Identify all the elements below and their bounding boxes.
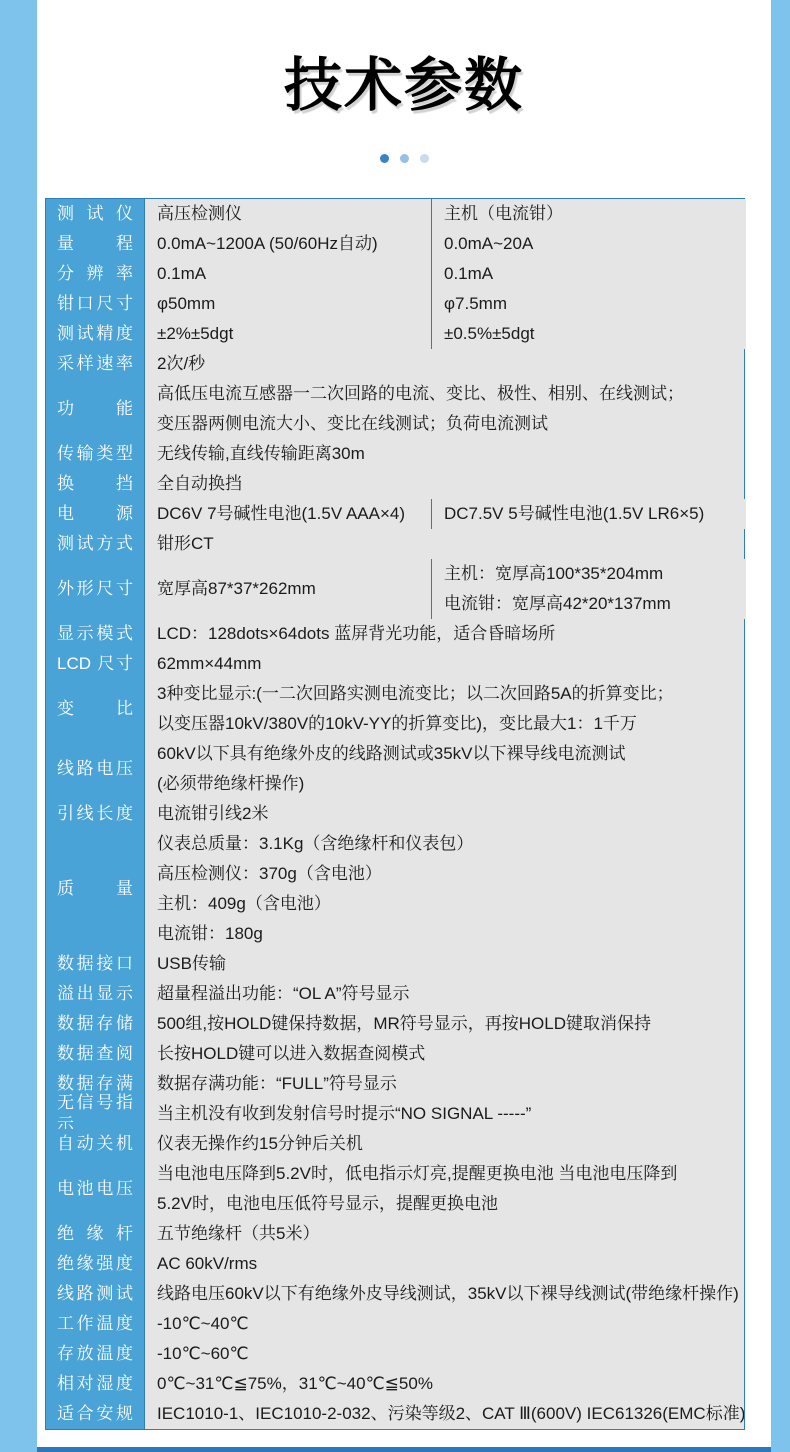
spec-value: 无线传输,直线传输距离30m: [144, 439, 744, 469]
spec-value-line: 0.0mA~1200A (50/60Hz自动): [157, 229, 419, 259]
spec-label-text: 溢出显示: [57, 983, 133, 1005]
spec-row: 溢出显示超量程溢出功能：“OL A”符号显示: [46, 979, 744, 1009]
spec-value-line: 无线传输,直线传输距离30m: [157, 439, 732, 469]
spec-value-line: 数据存满功能：“FULL”符号显示: [157, 1069, 732, 1099]
spec-label-text: 电池电压: [57, 1178, 133, 1200]
spec-value: DC7.5V 5号碱性电池(1.5V LR6×5): [431, 499, 746, 529]
spec-value-line: 电流钳引线2米: [157, 799, 732, 829]
spec-label: 变比: [46, 679, 144, 739]
spec-value-line: 高低压电流互感器一二次回路的电流、变比、极性、相别、在线测试；: [157, 379, 732, 409]
spec-value: 主机：宽厚高100*35*204mm电流钳：宽厚高42*20*137mm: [431, 559, 746, 619]
spec-label: 相对湿度: [46, 1369, 144, 1399]
spec-label-text: 绝缘强度: [57, 1253, 133, 1275]
spec-value-line: ±2%±5dgt: [157, 319, 419, 349]
spec-value-line: 62mm×44mm: [157, 649, 732, 679]
spec-value-line: 仪表无操作约15分钟后关机: [157, 1129, 732, 1159]
spec-value: 宽厚高87*37*262mm: [144, 559, 431, 619]
spec-value: 62mm×44mm: [144, 649, 744, 679]
spec-row: 电池电压当电池电压降到5.2V时，低电指示灯亮,提醒更换电池 当电池电压降到5.…: [46, 1159, 744, 1219]
spec-row: 质量仪表总质量：3.1Kg（含绝缘杆和仪表包）高压检测仪：370g（含电池）主机…: [46, 829, 744, 949]
spec-value-line: 500组,按HOLD键保持数据，MR符号显示，再按HOLD键取消保持: [157, 1009, 732, 1039]
spec-value-line: 0.1mA: [157, 259, 419, 289]
spec-value: 0.1mA: [144, 259, 431, 289]
spec-value-line: 60kV以下具有绝缘外皮的线路测试或35kV以下裸导线电流测试: [157, 739, 732, 769]
spec-label-text: 测试仪: [57, 203, 133, 225]
spec-row: 绝缘强度AC 60kV/rms: [46, 1249, 744, 1279]
spec-label-text: LCD 尺寸: [57, 653, 133, 675]
spec-row: 工作温度-10℃~40℃: [46, 1309, 744, 1339]
spec-row: 绝缘杆五节绝缘杆（共5米）: [46, 1219, 744, 1249]
spec-row: LCD 尺寸62mm×44mm: [46, 649, 744, 679]
spec-row: 钳口尺寸φ50mmφ7.5mm: [46, 289, 744, 319]
spec-value: 2次/秒: [144, 349, 744, 379]
spec-value-line: 当电池电压降到5.2V时，低电指示灯亮,提醒更换电池 当电池电压降到: [157, 1159, 732, 1189]
spec-value: 60kV以下具有绝缘外皮的线路测试或35kV以下裸导线电流测试(必须带绝缘杆操作…: [144, 739, 744, 799]
spec-label-text: 存放温度: [57, 1343, 133, 1365]
spec-label-text: 质量: [57, 878, 133, 900]
spec-label: 显示模式: [46, 619, 144, 649]
spec-value-line: -10℃~40℃: [157, 1309, 732, 1339]
spec-value-line: 长按HOLD键可以进入数据查阅模式: [157, 1039, 732, 1069]
spec-label-text: 测试方式: [57, 533, 133, 555]
spec-value-line: AC 60kV/rms: [157, 1249, 732, 1279]
spec-label-text: 换挡: [57, 473, 133, 495]
spec-value-line: 当主机没有收到发射信号时提示“NO SIGNAL -----”: [157, 1099, 732, 1129]
spec-value-line: -10℃~60℃: [157, 1339, 732, 1369]
spec-value: 超量程溢出功能：“OL A”符号显示: [144, 979, 744, 1009]
spec-value-line: 电流钳：宽厚高42*20*137mm: [444, 589, 734, 619]
spec-label-text: 绝缘杆: [57, 1223, 133, 1245]
carousel-dot-3[interactable]: [420, 154, 429, 163]
spec-value: LCD：128dots×64dots 蓝屏背光功能，适合昏暗场所: [144, 619, 744, 649]
spec-label: 溢出显示: [46, 979, 144, 1009]
spec-label-text: 适合安规: [57, 1403, 133, 1425]
spec-row: 传输类型无线传输,直线传输距离30m: [46, 439, 744, 469]
spec-label: 外形尺寸: [46, 559, 144, 619]
spec-label-text: 自动关机: [57, 1133, 133, 1155]
spec-label-text: 相对湿度: [57, 1373, 133, 1395]
spec-label: 工作温度: [46, 1309, 144, 1339]
spec-row: 引线长度电流钳引线2米: [46, 799, 744, 829]
spec-value: 仪表总质量：3.1Kg（含绝缘杆和仪表包）高压检测仪：370g（含电池）主机：4…: [144, 829, 744, 949]
spec-row: 功能高低压电流互感器一二次回路的电流、变比、极性、相别、在线测试；变压器两侧电流…: [46, 379, 744, 439]
spec-row: 换挡全自动换挡: [46, 469, 744, 499]
spec-value-line: 宽厚高87*37*262mm: [157, 574, 419, 604]
spec-row: 量程0.0mA~1200A (50/60Hz自动)0.0mA~20A: [46, 229, 744, 259]
spec-label-text: 测试精度: [57, 323, 133, 345]
spec-value-line: 2次/秒: [157, 349, 732, 379]
spec-label-text: 显示模式: [57, 623, 133, 645]
spec-value: 0.0mA~1200A (50/60Hz自动): [144, 229, 431, 259]
spec-value-line: DC7.5V 5号碱性电池(1.5V LR6×5): [444, 499, 734, 529]
spec-value: 仪表无操作约15分钟后关机: [144, 1129, 744, 1159]
spec-row: 变比3种变比显示:(一二次回路实测电流变比；以二次回路5A的折算变比；以变压器1…: [46, 679, 744, 739]
spec-value: 主机（电流钳）: [431, 199, 746, 229]
spec-row: 无信号指示当主机没有收到发射信号时提示“NO SIGNAL -----”: [46, 1099, 744, 1129]
spec-value: ±2%±5dgt: [144, 319, 431, 349]
spec-label: 适合安规: [46, 1399, 144, 1429]
spec-value-line: ±0.5%±5dgt: [444, 319, 734, 349]
spec-value: 全自动换挡: [144, 469, 744, 499]
spec-label-text: 钳口尺寸: [57, 293, 133, 315]
spec-row: 存放温度-10℃~60℃: [46, 1339, 744, 1369]
spec-row: 分辨率0.1mA0.1mA: [46, 259, 744, 289]
spec-value: 高压检测仪: [144, 199, 431, 229]
page-title: 技术参数: [37, 0, 771, 122]
spec-value: 当电池电压降到5.2V时，低电指示灯亮,提醒更换电池 当电池电压降到5.2V时，…: [144, 1159, 744, 1219]
spec-label: 电源: [46, 499, 144, 529]
spec-label-text: 引线长度: [57, 803, 133, 825]
carousel-dots: [37, 154, 771, 163]
next-section-edge: [37, 1447, 771, 1452]
spec-value-line: 0℃~31℃≦75%，31℃~40℃≦50%: [157, 1369, 732, 1399]
spec-row: 适合安规IEC1010-1、IEC1010-2-032、污染等级2、CAT Ⅲ(…: [46, 1399, 744, 1429]
spec-label: 测试方式: [46, 529, 144, 559]
spec-label: 功能: [46, 379, 144, 439]
spec-value: 钳形CT: [144, 529, 744, 559]
spec-value-line: 电流钳：180g: [157, 919, 732, 949]
spec-value-line: DC6V 7号碱性电池(1.5V AAA×4): [157, 499, 419, 529]
spec-value: 数据存满功能：“FULL”符号显示: [144, 1069, 744, 1099]
spec-value-line: 超量程溢出功能：“OL A”符号显示: [157, 979, 732, 1009]
spec-value-line: LCD：128dots×64dots 蓝屏背光功能，适合昏暗场所: [157, 619, 732, 649]
spec-value: 电流钳引线2米: [144, 799, 744, 829]
spec-label-text: 电源: [57, 503, 133, 525]
spec-label: 自动关机: [46, 1129, 144, 1159]
spec-label: 质量: [46, 829, 144, 949]
spec-label-text: 线路电压: [57, 758, 133, 780]
spec-label: 传输类型: [46, 439, 144, 469]
spec-value: 0.0mA~20A: [431, 229, 746, 259]
spec-row: 数据接口USB传输: [46, 949, 744, 979]
carousel-dot-2[interactable]: [400, 154, 409, 163]
spec-label-text: 数据存储: [57, 1013, 133, 1035]
spec-label: 线路测试: [46, 1279, 144, 1309]
spec-label: 量程: [46, 229, 144, 259]
spec-label-text: 外形尺寸: [57, 578, 133, 600]
spec-label: 换挡: [46, 469, 144, 499]
spec-row: 测试精度±2%±5dgt±0.5%±5dgt: [46, 319, 744, 349]
spec-label-text: 分辨率: [57, 263, 133, 285]
spec-value: 0.1mA: [431, 259, 746, 289]
spec-label: 数据接口: [46, 949, 144, 979]
spec-value-line: 高压检测仪: [157, 199, 419, 229]
spec-value-line: φ7.5mm: [444, 289, 734, 319]
spec-value-line: 仪表总质量：3.1Kg（含绝缘杆和仪表包）: [157, 829, 732, 859]
spec-label: 数据查阅: [46, 1039, 144, 1069]
spec-value-line: 全自动换挡: [157, 469, 732, 499]
spec-value: 0℃~31℃≦75%，31℃~40℃≦50%: [144, 1369, 744, 1399]
spec-value: 当主机没有收到发射信号时提示“NO SIGNAL -----”: [144, 1099, 744, 1129]
spec-value-line: USB传输: [157, 949, 732, 979]
spec-label-text: 数据接口: [57, 953, 133, 975]
spec-value-line: 高压检测仪：370g（含电池）: [157, 859, 732, 889]
spec-row: 测试仪高压检测仪主机（电流钳）: [46, 199, 744, 229]
spec-value-line: 五节绝缘杆（共5米）: [157, 1219, 732, 1249]
spec-label: LCD 尺寸: [46, 649, 144, 679]
spec-value-line: 线路电压60kV以下有绝缘外皮导线测试，35kV以下裸导线测试(带绝缘杆操作): [157, 1279, 732, 1309]
spec-row: 显示模式LCD：128dots×64dots 蓝屏背光功能，适合昏暗场所: [46, 619, 744, 649]
spec-value-line: 主机：宽厚高100*35*204mm: [444, 559, 734, 589]
spec-label-text: 数据查阅: [57, 1043, 133, 1065]
spec-label-text: 工作温度: [57, 1313, 133, 1335]
spec-value: 线路电压60kV以下有绝缘外皮导线测试，35kV以下裸导线测试(带绝缘杆操作): [144, 1279, 744, 1309]
carousel-dot-1[interactable]: [380, 154, 389, 163]
spec-label: 采样速率: [46, 349, 144, 379]
spec-label: 电池电压: [46, 1159, 144, 1219]
spec-row: 电源DC6V 7号碱性电池(1.5V AAA×4)DC7.5V 5号碱性电池(1…: [46, 499, 744, 529]
spec-label: 线路电压: [46, 739, 144, 799]
spec-label-text: 传输类型: [57, 443, 133, 465]
spec-row: 数据存储500组,按HOLD键保持数据，MR符号显示，再按HOLD键取消保持: [46, 1009, 744, 1039]
spec-value-line: 5.2V时，电池电压低符号显示，提醒更换电池: [157, 1189, 732, 1219]
spec-label: 绝缘杆: [46, 1219, 144, 1249]
spec-value: 500组,按HOLD键保持数据，MR符号显示，再按HOLD键取消保持: [144, 1009, 744, 1039]
spec-value: ±0.5%±5dgt: [431, 319, 746, 349]
spec-value: -10℃~60℃: [144, 1339, 744, 1369]
spec-value-line: (必须带绝缘杆操作): [157, 769, 732, 799]
spec-label-text: 功能: [57, 398, 133, 420]
spec-row: 外形尺寸宽厚高87*37*262mm主机：宽厚高100*35*204mm电流钳：…: [46, 559, 744, 619]
spec-value-line: 3种变比显示:(一二次回路实测电流变比；以二次回路5A的折算变比；: [157, 679, 732, 709]
spec-value-line: φ50mm: [157, 289, 419, 319]
spec-row: 自动关机仪表无操作约15分钟后关机: [46, 1129, 744, 1159]
spec-value-line: 0.0mA~20A: [444, 229, 734, 259]
content-panel: 技术参数 测试仪高压检测仪主机（电流钳）量程0.0mA~1200A (50/60…: [37, 0, 771, 1452]
spec-value-line: 主机（电流钳）: [444, 199, 734, 229]
spec-row: 采样速率2次/秒: [46, 349, 744, 379]
spec-value: DC6V 7号碱性电池(1.5V AAA×4): [144, 499, 431, 529]
spec-value-line: 主机：409g（含电池）: [157, 889, 732, 919]
spec-value: φ50mm: [144, 289, 431, 319]
spec-value-line: 0.1mA: [444, 259, 734, 289]
spec-label: 绝缘强度: [46, 1249, 144, 1279]
spec-label: 钳口尺寸: [46, 289, 144, 319]
spec-value: 五节绝缘杆（共5米）: [144, 1219, 744, 1249]
spec-label-text: 线路测试: [57, 1283, 133, 1305]
spec-value-line: 变压器两侧电流大小、变比在线测试；负荷电流测试: [157, 409, 732, 439]
spec-value: 3种变比显示:(一二次回路实测电流变比；以二次回路5A的折算变比；以变压器10k…: [144, 679, 744, 739]
spec-value-line: IEC1010-1、IEC1010-2-032、污染等级2、CAT Ⅲ(600V…: [157, 1399, 732, 1429]
spec-row: 线路测试线路电压60kV以下有绝缘外皮导线测试，35kV以下裸导线测试(带绝缘杆…: [46, 1279, 744, 1309]
spec-row: 数据存满数据存满功能：“FULL”符号显示: [46, 1069, 744, 1099]
spec-value: φ7.5mm: [431, 289, 746, 319]
spec-row: 相对湿度0℃~31℃≦75%，31℃~40℃≦50%: [46, 1369, 744, 1399]
spec-value: USB传输: [144, 949, 744, 979]
spec-row: 数据查阅长按HOLD键可以进入数据查阅模式: [46, 1039, 744, 1069]
spec-label-text: 量程: [57, 233, 133, 255]
spec-label: 数据存储: [46, 1009, 144, 1039]
spec-label: 存放温度: [46, 1339, 144, 1369]
spec-table: 测试仪高压检测仪主机（电流钳）量程0.0mA~1200A (50/60Hz自动)…: [45, 198, 745, 1430]
spec-label: 测试仪: [46, 199, 144, 229]
spec-row: 线路电压60kV以下具有绝缘外皮的线路测试或35kV以下裸导线电流测试(必须带绝…: [46, 739, 744, 799]
spec-value: 高低压电流互感器一二次回路的电流、变比、极性、相别、在线测试；变压器两侧电流大小…: [144, 379, 744, 439]
spec-value-line: 钳形CT: [157, 529, 732, 559]
spec-label: 无信号指示: [46, 1099, 144, 1129]
spec-label: 引线长度: [46, 799, 144, 829]
spec-label: 测试精度: [46, 319, 144, 349]
spec-value: -10℃~40℃: [144, 1309, 744, 1339]
spec-label-text: 变比: [57, 698, 133, 720]
spec-value: 长按HOLD键可以进入数据查阅模式: [144, 1039, 744, 1069]
spec-label-text: 采样速率: [57, 353, 133, 375]
spec-value-line: 以变压器10kV/380V的10kV-YY的折算变比)，变比最大1：1千万: [157, 709, 732, 739]
spec-value: IEC1010-1、IEC1010-2-032、污染等级2、CAT Ⅲ(600V…: [144, 1399, 744, 1429]
spec-label: 分辨率: [46, 259, 144, 289]
spec-row: 测试方式钳形CT: [46, 529, 744, 559]
spec-value: AC 60kV/rms: [144, 1249, 744, 1279]
